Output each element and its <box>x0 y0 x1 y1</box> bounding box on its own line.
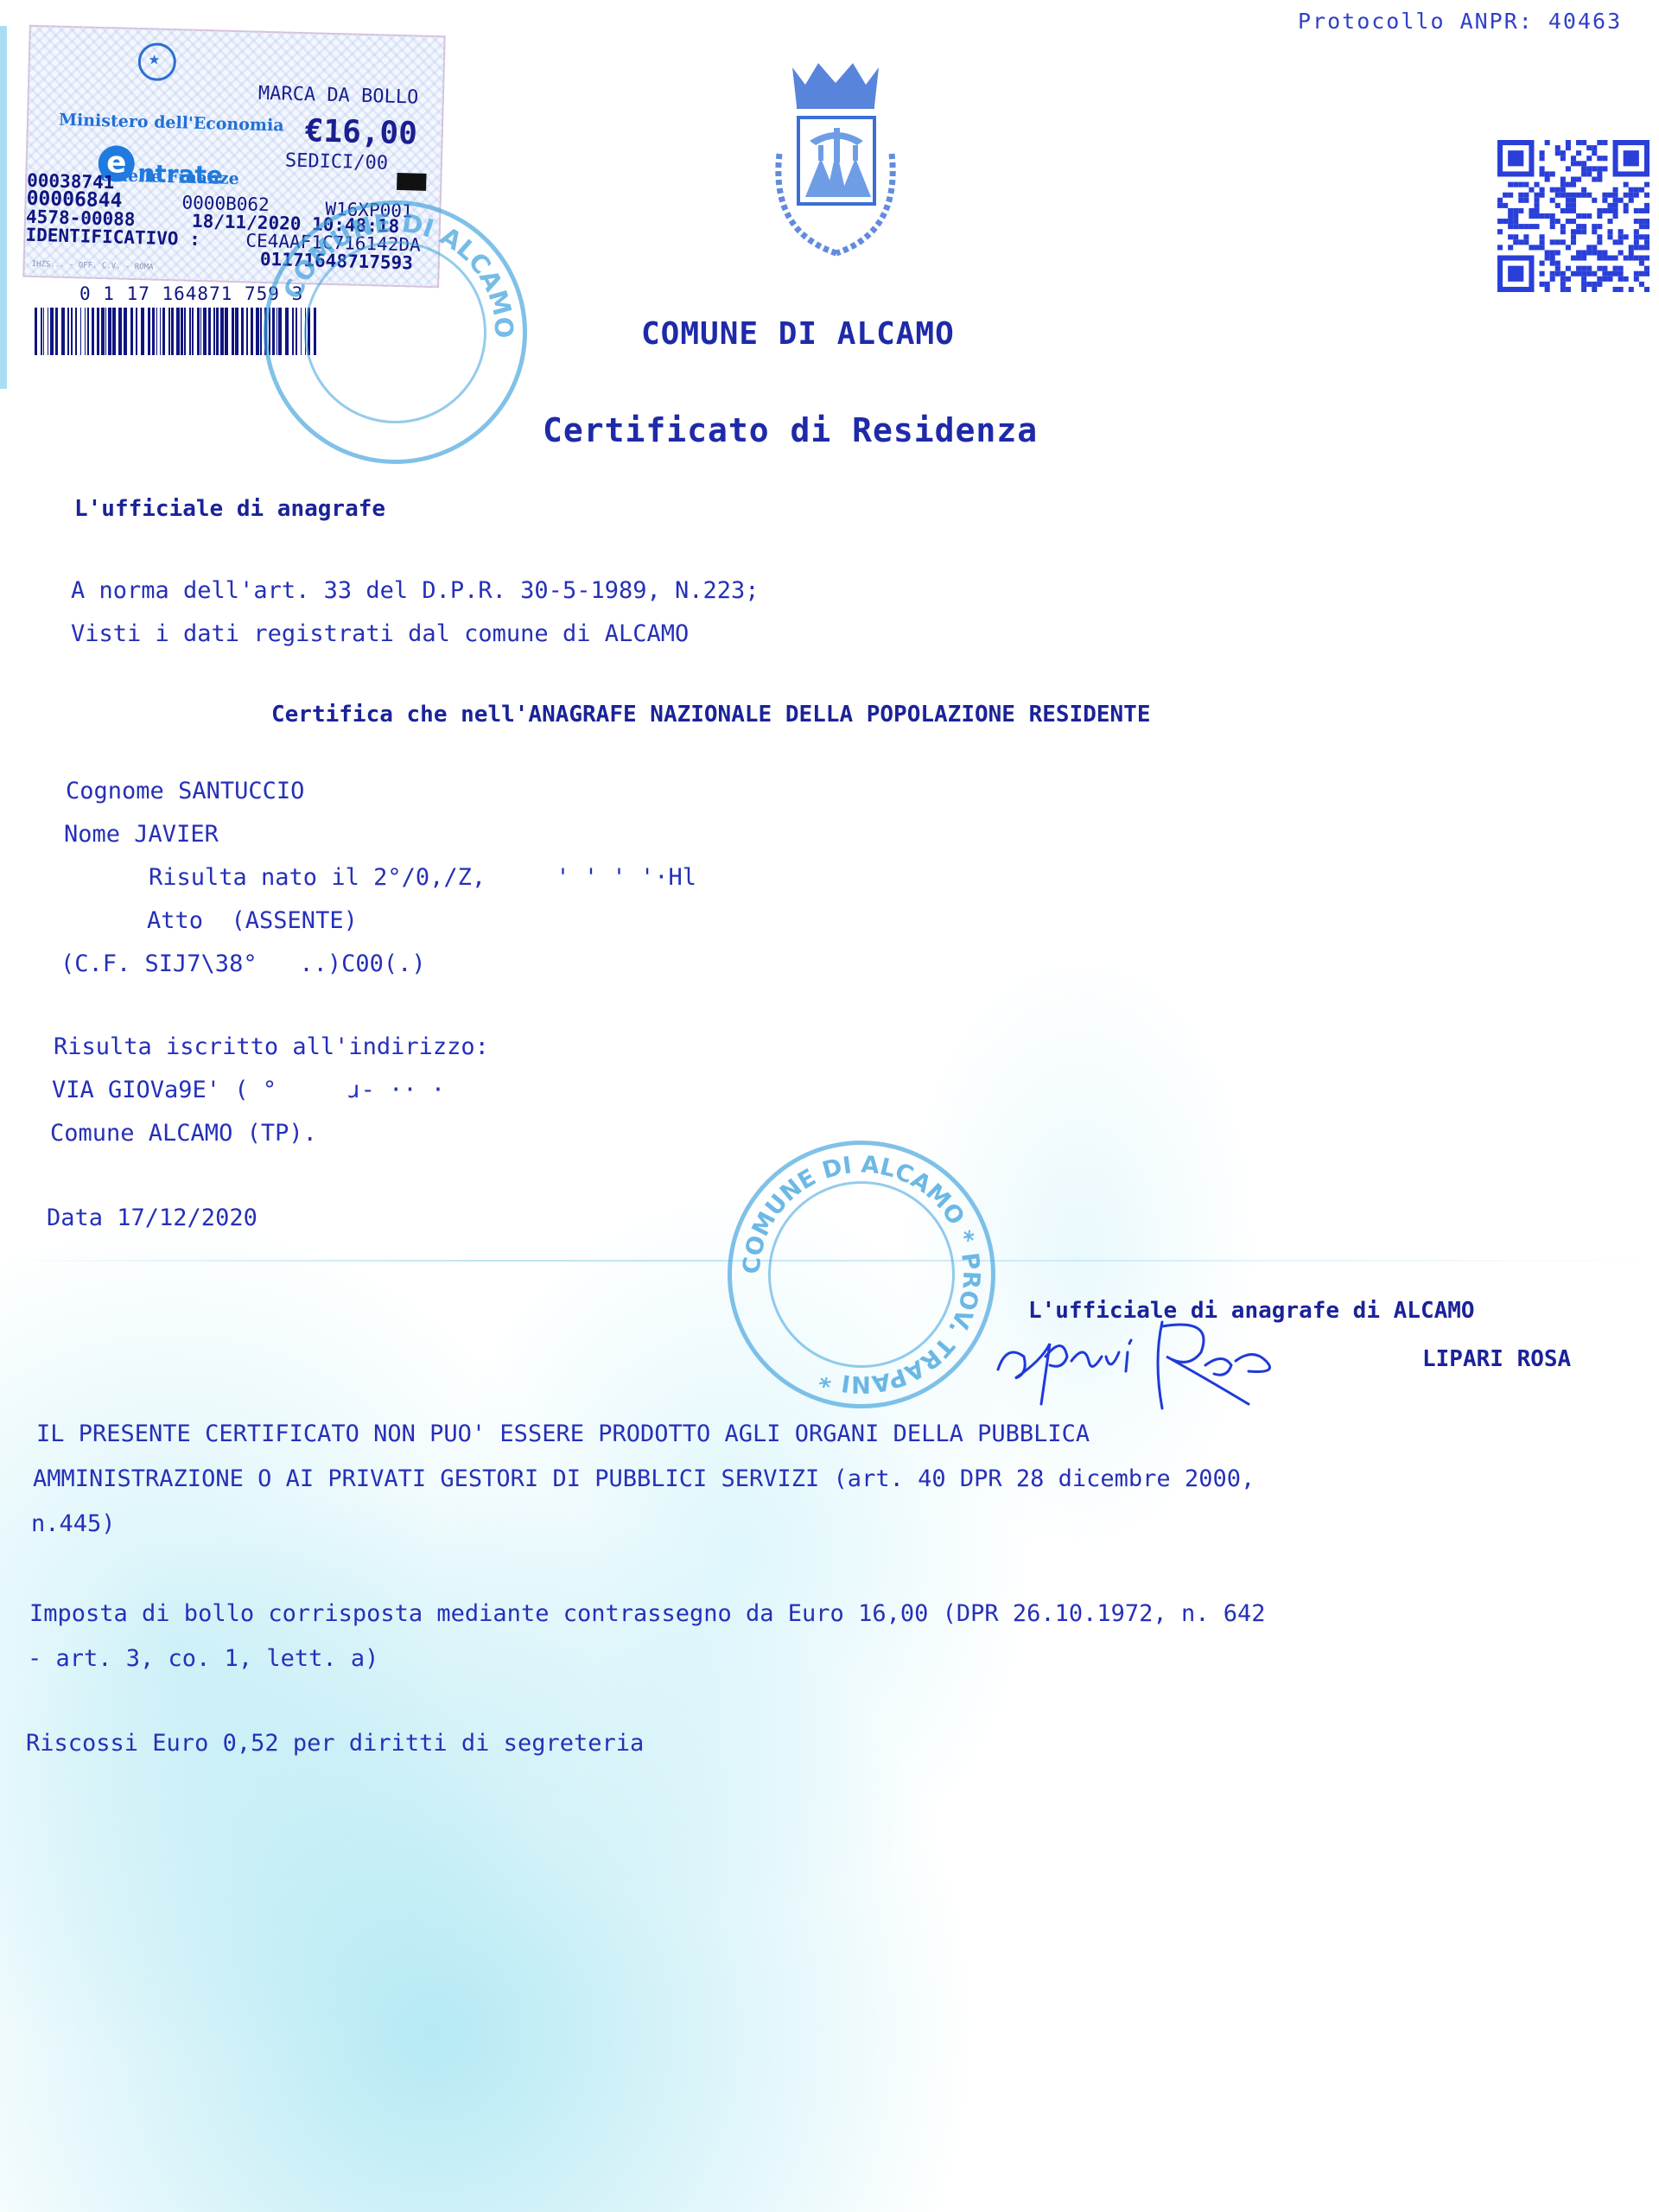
stamp-duty-note: - art. 3, co. 1, lett. a) <box>28 1645 378 1672</box>
legal-reference: Visti i dati registrati dal comune di AL… <box>71 620 689 647</box>
stamp-amount-words: SEDICI/00 <box>285 150 389 175</box>
municipality-title: COMUNE DI ALCAMO <box>641 316 955 352</box>
municipal-seal-signature: COMUNE DI ALCAMO * PROV. TRAPANI * <box>728 1141 995 1408</box>
name-value: JAVIER <box>134 821 219 848</box>
svg-text:COMUNE DI ALCAMO * PROV. TRAPA: COMUNE DI ALCAMO * PROV. TRAPANI * <box>739 1151 985 1397</box>
address-municipality: Comune ALCAMO (TP). <box>50 1120 317 1147</box>
seal-text-ring: COMUNE DI ALCAMO * PROV. TRAPANI * <box>732 1145 991 1404</box>
agency-name: ntrate <box>137 159 223 190</box>
disclaimer: n.445) <box>31 1510 116 1537</box>
italian-republic-emblem-icon <box>137 42 176 81</box>
address-street: VIA GIOVa9E' ( ° ɹ- ·· · <box>52 1077 445 1103</box>
qr-code-icon <box>1497 140 1649 292</box>
address-heading: Risulta iscritto all'indirizzo: <box>54 1033 489 1060</box>
name-field: Nome JAVIER <box>64 821 219 848</box>
svg-text:COMUNE DI ALCAMO: COMUNE DI ALCAMO <box>277 208 518 339</box>
handwritten-signature <box>989 1309 1404 1413</box>
surname-value: SANTUCCIO <box>178 778 304 804</box>
issue-date: Data 17/12/2020 <box>47 1205 257 1231</box>
birth-info: Risulta nato il 2°/0,/Z, ' ' ' '·Hl <box>149 864 696 891</box>
protocol-number: Protocollo ANPR: 40463 <box>1298 9 1622 34</box>
redaction-block <box>397 173 427 191</box>
disclaimer: AMMINISTRAZIONE O AI PRIVATI GESTORI DI … <box>33 1465 1255 1492</box>
certification-statement: Certifica che nell'ANAGRAFE NAZIONALE DE… <box>271 702 1150 728</box>
stamp-duty-note: Imposta di bollo corrisposta mediante co… <box>29 1600 1265 1627</box>
legal-reference: A norma dell'art. 33 del D.P.R. 30-5-198… <box>71 577 760 604</box>
municipal-coat-of-arms-icon <box>719 59 952 275</box>
birth-act: Atto (ASSENTE) <box>147 907 358 934</box>
stamp-printer-text: IHZS... - OFF. C.V. - ROMA <box>32 260 154 272</box>
officer-name: LIPARI ROSA <box>1422 1346 1571 1372</box>
document-title: Certificato di Residenza <box>543 411 1038 449</box>
tax-code: (C.F. SIJ7\38° ..)C00(.) <box>60 950 426 977</box>
disclaimer: IL PRESENTE CERTIFICATO NON PUO' ESSERE … <box>36 1421 1090 1447</box>
seal-text-ring: COMUNE DI ALCAMO <box>268 205 523 460</box>
stamp-label: MARCA DA BOLLO <box>258 83 419 109</box>
fees-note: Riscossi Euro 0,52 per diritti di segret… <box>26 1730 644 1757</box>
stamp-code-label: IDENTIFICATIVO : <box>25 226 200 249</box>
municipal-seal-top: COMUNE DI ALCAMO <box>264 200 527 464</box>
officer-heading: L'ufficiale di anagrafe <box>74 496 385 522</box>
stamp-amount: €16,00 <box>304 113 417 151</box>
surname-field: Cognome SANTUCCIO <box>66 778 304 804</box>
scan-edge <box>0 26 7 389</box>
